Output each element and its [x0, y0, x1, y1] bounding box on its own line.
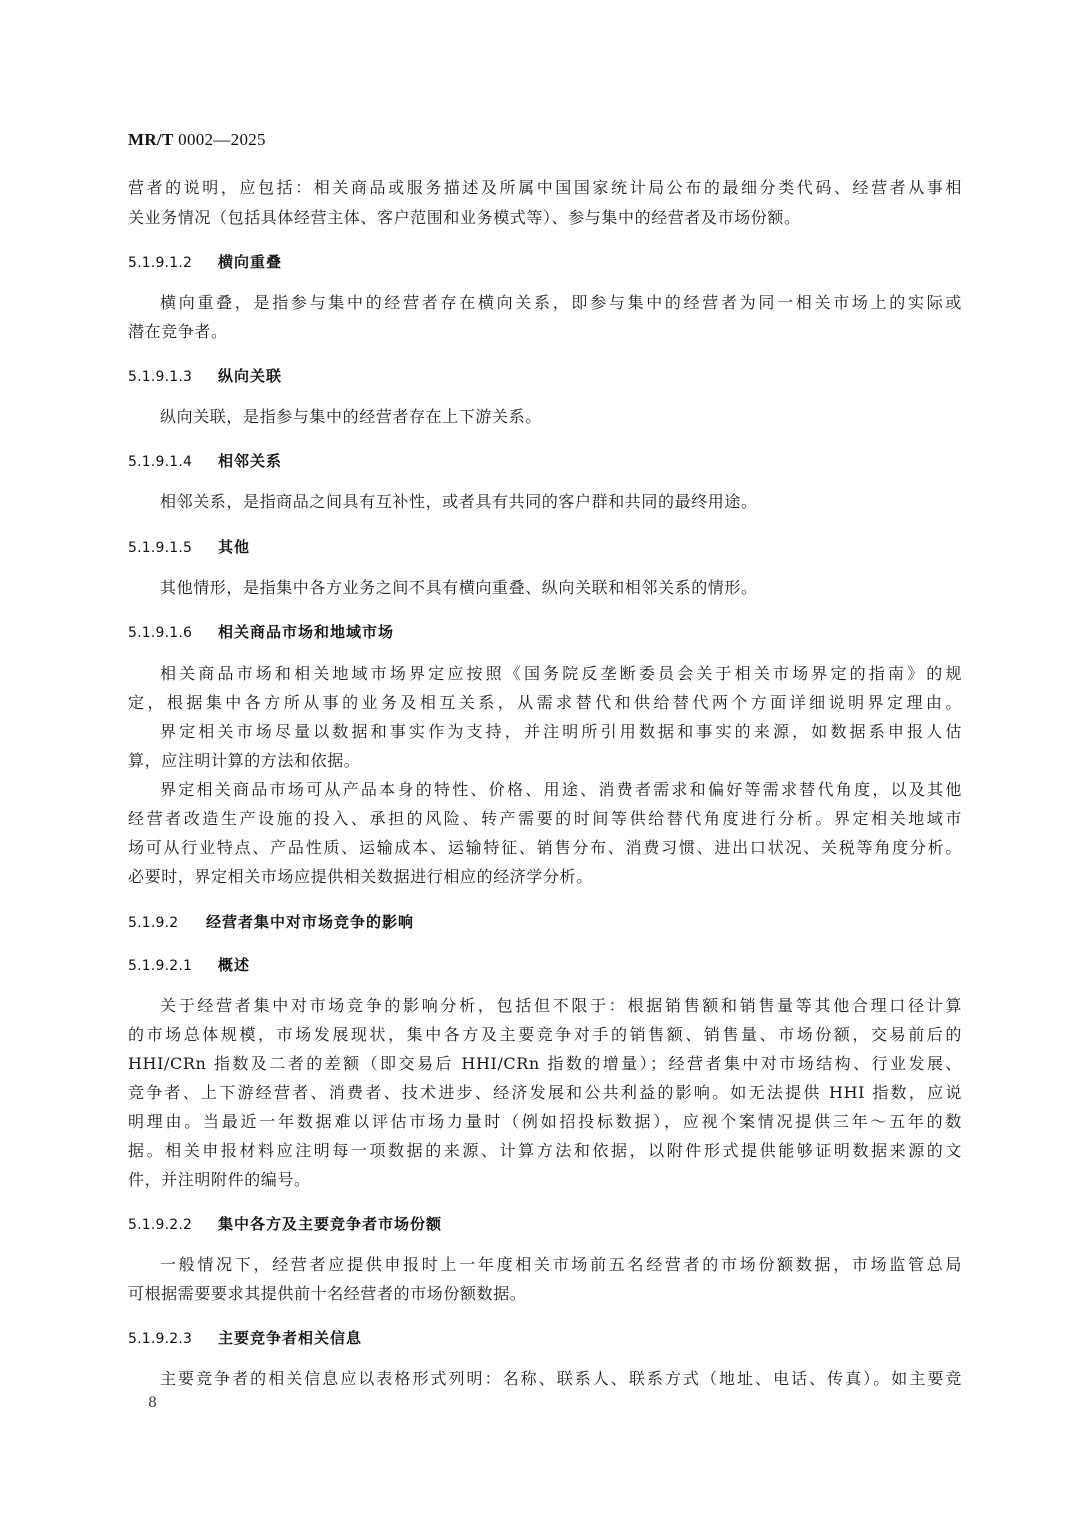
section-title: 经营者集中对市场竞争的影响 — [206, 913, 414, 931]
section-heading-5-1-9-1-2: 5.1.9.1.2横向重叠 — [128, 252, 282, 273]
section-heading-5-1-9-2-3: 5.1.9.2.3主要竞争者相关信息 — [128, 1328, 362, 1349]
section-heading-5-1-9-1-6: 5.1.9.1.6相关商品市场和地域市场 — [128, 622, 394, 643]
paragraph-line: 主要竞争者的相关信息应以表格形式列明：名称、联系人、联系方式（地址、电话、传真）… — [160, 1369, 962, 1389]
section-heading-5-1-9-1-4: 5.1.9.1.4相邻关系 — [128, 451, 282, 472]
section-title: 相关商品市场和地域市场 — [218, 623, 394, 641]
paragraph-line: 其他情形，是指集中各方业务之间不具有横向重叠、纵向关联和相邻关系的情形。 — [160, 578, 962, 598]
paragraph-line: 可根据需要要求其提供前十名经营者的市场份额数据。 — [128, 1284, 962, 1304]
paragraph-line: 件，并注明附件的编号。 — [128, 1170, 962, 1190]
section-title: 集中各方及主要竞争者市场份额 — [218, 1215, 442, 1233]
paragraph-line: 纵向关联，是指参与集中的经营者存在上下游关系。 — [160, 407, 962, 427]
section-number: 5.1.9.2.3 — [128, 1329, 218, 1349]
paragraph-line: 算，应注明计算的方法和依据。 — [128, 751, 962, 771]
section-number: 5.1.9.1.4 — [128, 452, 218, 472]
section-heading-5-1-9-2: 5.1.9.2经营者集中对市场竞争的影响 — [128, 912, 414, 933]
section-title: 其他 — [218, 538, 250, 556]
paragraph-line: 相邻关系，是指商品之间具有互补性，或者具有共同的客户群和共同的最终用途。 — [160, 492, 962, 512]
paragraph-line: 必要时，界定相关市场应提供相关数据进行相应的经济学分析。 — [128, 867, 962, 887]
paragraph-line: 的市场总体规模，市场发展现状，集中各方及主要竞争对手的销售额、销售量、市场份额，… — [128, 1025, 962, 1045]
paragraph-line: 一般情况下，经营者应提供申报时上一年度相关市场前五名经营者的市场份额数据，市场监… — [160, 1255, 962, 1275]
paragraph-line: 定，根据集中各方所从事的业务及相互关系，从需求替代和供给替代两个方面详细说明界定… — [128, 693, 962, 713]
section-number: 5.1.9.2 — [128, 913, 206, 933]
section-heading-5-1-9-2-1: 5.1.9.2.1概述 — [128, 955, 250, 976]
section-number: 5.1.9.1.2 — [128, 253, 218, 273]
standard-code-prefix: MR/T — [128, 130, 174, 149]
paragraph-line: 关业务情况（包括具体经营主体、客户范围和业务模式等）、参与集中的经营者及市场份额… — [128, 208, 962, 228]
standard-code-number: 0002—2025 — [178, 130, 266, 149]
paragraph-line: HHI/CRn 指数及二者的差额（即交易后 HHI/CRn 指数的增量）；经营者… — [128, 1054, 962, 1074]
paragraph-line: 营者的说明，应包括：相关商品或服务描述及所属中国国家统计局公布的最细分类代码、经… — [128, 178, 962, 198]
section-number: 5.1.9.2.2 — [128, 1215, 218, 1235]
paragraph-line: 关于经营者集中对市场竞争的影响分析，包括但不限于：根据销售额和销售量等其他合理口… — [160, 996, 962, 1016]
paragraph-line: 竞争者、上下游经营者、消费者、技术进步、经济发展和公共利益的影响。如无法提供 H… — [128, 1083, 962, 1103]
paragraph-line: 明理由。当最近一年数据难以评估市场力量时（例如招投标数据），应视个案情况提供三年… — [128, 1112, 962, 1132]
page-number: 8 — [148, 1395, 157, 1411]
section-title: 相邻关系 — [218, 452, 282, 470]
paragraph-line: 界定相关商品市场可从产品本身的特性、价格、用途、消费者需求和偏好等需求替代角度，… — [160, 780, 962, 800]
paragraph-line: 界定相关市场尽量以数据和事实作为支持，并注明所引用数据和事实的来源，如数据系申报… — [160, 722, 962, 742]
paragraph-line: 据。相关申报材料应注明每一项数据的来源、计算方法和依据，以附件形式提供能够证明数… — [128, 1141, 962, 1161]
paragraph-line: 潜在竞争者。 — [128, 322, 962, 342]
section-heading-5-1-9-1-5: 5.1.9.1.5其他 — [128, 537, 250, 558]
section-heading-5-1-9-1-3: 5.1.9.1.3纵向关联 — [128, 366, 282, 387]
section-heading-5-1-9-2-2: 5.1.9.2.2集中各方及主要竞争者市场份额 — [128, 1214, 442, 1235]
section-number: 5.1.9.1.5 — [128, 538, 218, 558]
section-title: 纵向关联 — [218, 367, 282, 385]
paragraph-line: 经营者改造生产设施的投入、承担的风险、转产需要的时间等供给替代角度进行分析。界定… — [128, 809, 962, 829]
section-number: 5.1.9.1.3 — [128, 367, 218, 387]
section-title: 概述 — [218, 956, 250, 974]
section-title: 横向重叠 — [218, 253, 282, 271]
standard-code-header: MR/T 0002—2025 — [128, 130, 266, 150]
section-title: 主要竞争者相关信息 — [218, 1329, 362, 1347]
paragraph-line: 场可从行业特点、产品性质、运输成本、运输特征、销售分布、消费习惯、进出口状况、关… — [128, 838, 962, 858]
paragraph-line: 相关商品市场和相关地域市场界定应按照《国务院反垄断委员会关于相关市场界定的指南》… — [160, 664, 962, 684]
paragraph-line: 横向重叠，是指参与集中的经营者存在横向关系，即参与集中的经营者为同一相关市场上的… — [160, 293, 962, 313]
section-number: 5.1.9.1.6 — [128, 623, 218, 643]
section-number: 5.1.9.2.1 — [128, 956, 218, 976]
